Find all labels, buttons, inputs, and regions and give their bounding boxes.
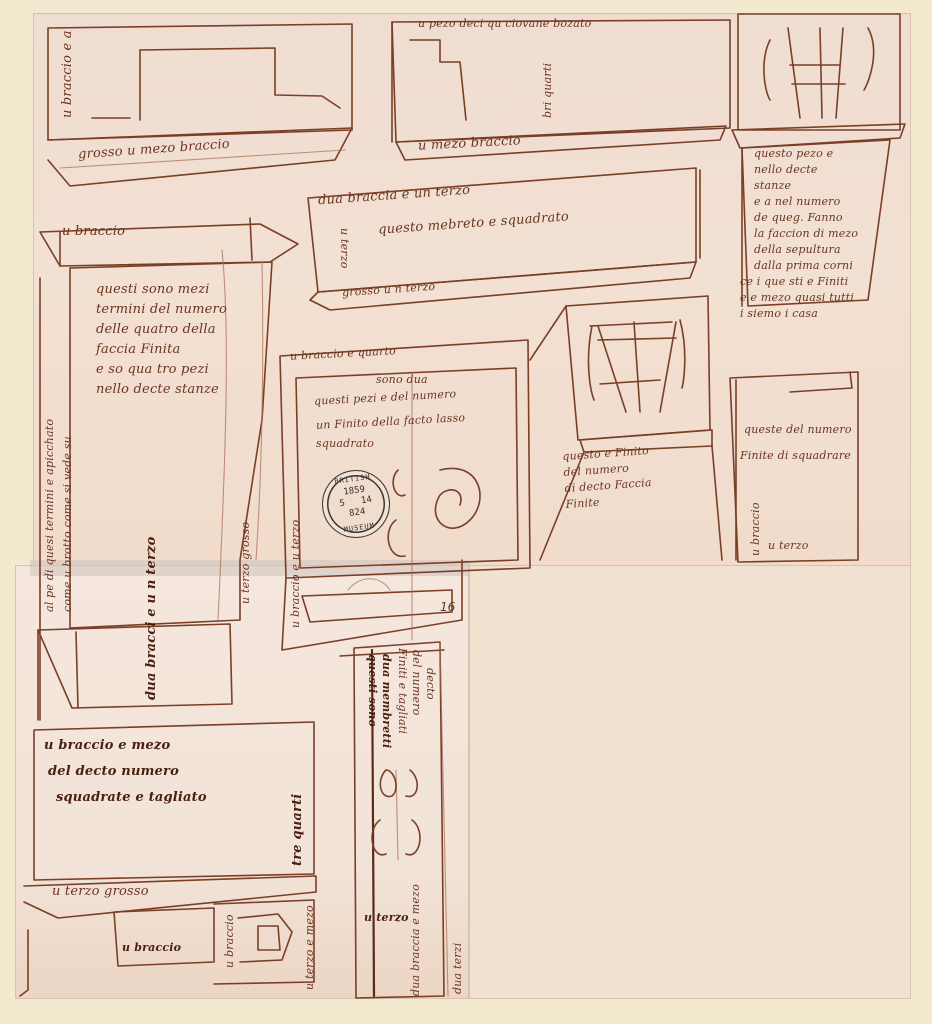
note-left-margin-vertical-1: al pe di quesi termini e apicchato [42, 419, 58, 612]
note-top-mid-vertical: bri quarti [540, 63, 556, 118]
note-line: e e mezo quasi tutti [740, 290, 854, 306]
note-far-right-1: queste del numero [744, 422, 852, 438]
note-narrow-col-e: decto [422, 668, 438, 700]
note-mid-block-vertical-right: u terzo grosso [238, 522, 254, 604]
note-line: dalla prima corni [754, 258, 868, 274]
note-center-block-side: u terzo [336, 228, 352, 269]
note-line: stanze [754, 178, 868, 194]
note-line: nello decte [754, 162, 868, 178]
note-line: della sepultura [754, 242, 868, 258]
note-line: de queg. Fanno [754, 210, 868, 226]
note-lower-left-bottom: u terzo grosso [52, 882, 149, 902]
note-lower-left-3: squadrate e tagliato [56, 788, 207, 808]
note-line: ce i que sti e Finiti [740, 274, 854, 290]
note-top-mid-header: u pezo deci qu ciovane bozato [418, 16, 591, 32]
note-narrow-col-b: dua membretti [378, 654, 394, 748]
note-left-block-center-vertical: dua bracci e u n terzo [142, 537, 162, 700]
note-narrow-col-f: dua braccia e mezo [408, 884, 424, 996]
folio-number: 16 [440, 600, 455, 614]
note-line: la faccion di mezo [754, 226, 868, 242]
note-left-margin-vertical-2: come u brotto come si vede su [60, 436, 76, 612]
note-lower-small-vertical: u braccio [222, 914, 238, 968]
note-line: delle quatro della [96, 320, 227, 340]
note-right-mid-text: questo e Finito del numero di decto Facc… [562, 443, 653, 513]
note-top-left-side: u braccio e a [58, 30, 78, 118]
stamp-left-num: 5 [339, 499, 346, 510]
note-mid-block-line-3: squadrato [316, 436, 374, 452]
note-far-right-2: Finite di squadrare [740, 448, 851, 464]
note-line: faccia Finita [96, 340, 227, 360]
note-line: termini del numero [96, 300, 227, 320]
note-lower-left-1: u braccio e mezo [44, 736, 170, 756]
note-narrow-col-g: dua terzi [450, 943, 466, 994]
note-lower-left-vertical: tre quarti [288, 794, 308, 866]
note-lower-small-vertical-2: u terzo e mezo [302, 905, 318, 990]
note-line: questo pezo e [754, 146, 868, 162]
note-far-right-vertical: u braccio [748, 502, 764, 556]
note-mid-block-vertical-left: u braccio e u terzo [288, 520, 304, 628]
note-line: e a nel numero [754, 194, 868, 210]
note-right-column: questo pezo e nello decte stanze e a nel… [754, 146, 868, 322]
note-left-block-header: u braccio [62, 222, 125, 242]
note-line: i siemo i casa [740, 306, 854, 322]
note-line: e so qua tro pezi [96, 360, 227, 380]
note-lower-small-box: u braccio [122, 940, 181, 956]
note-line: nello decte stanze [96, 380, 227, 400]
note-left-block-text: questi sono mezi termini del numero dell… [96, 280, 227, 400]
note-narrow-col-bottom: u terzo [364, 910, 409, 926]
note-lower-left-2: del decto numero [48, 762, 179, 782]
note-mid-block-super: sono dua [376, 372, 428, 388]
note-line: questi sono mezi [96, 280, 227, 300]
stamp-right-num: 14 [360, 495, 372, 506]
note-far-right-bottom: u terzo [768, 538, 809, 554]
